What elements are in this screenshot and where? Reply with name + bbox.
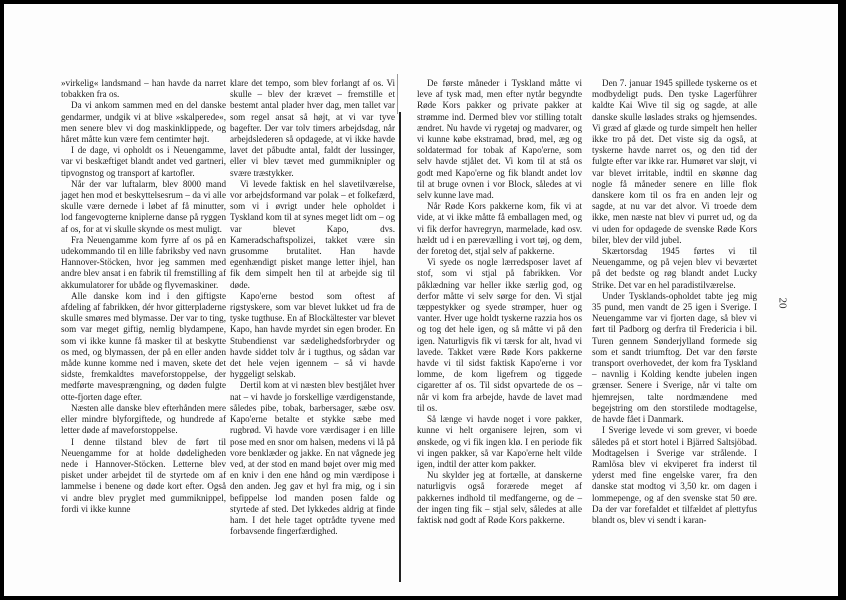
page-gutter-divider: [399, 112, 401, 582]
paragraph: klare det tempo, som blev forlangt af os…: [230, 78, 395, 179]
scanned-page: »virkelig« landsmand – han havde da narr…: [4, 4, 838, 596]
paragraph: Vi levede faktisk en hel slavetilværelse…: [230, 179, 395, 291]
paragraph: De første måneder i Tyskland måtte vi le…: [417, 78, 582, 201]
paragraph: I denne tilstand blev de ført til Neueng…: [61, 437, 226, 515]
paragraph: Alle danske kom ind i den giftigste afde…: [61, 291, 226, 403]
gutter-line-faint: [397, 74, 398, 114]
paragraph: Fra Neuengamme kom fyrre af os på en ude…: [61, 235, 226, 291]
paragraph: Vi syede os nogle lærredsposer lavet af …: [417, 257, 582, 414]
text-column-1: »virkelig« landsmand – han havde da narr…: [61, 78, 226, 515]
paragraph: Da vi ankom sammen med en del danske gen…: [61, 100, 226, 145]
paragraph: »virkelig« landsmand – han havde da narr…: [61, 78, 226, 100]
paragraph: Skærtorsdag 1945 førtes vi til Neuengamm…: [592, 246, 757, 291]
paragraph: Når Røde Kors pakkerne kom, fik vi at vi…: [417, 201, 582, 257]
paragraph: I Sverige levede vi som grever, vi boede…: [592, 425, 757, 526]
text-column-4: Den 7. januar 1945 spillede tyskerne os …: [592, 78, 757, 526]
paragraph: Næsten alle danske blev efterhånden mere…: [61, 403, 226, 437]
paragraph: Kapo'erne bestod som oftest af rigstyske…: [230, 291, 395, 381]
paragraph: Når der var luftalarm, blev 8000 mand ja…: [61, 179, 226, 235]
paragraph: Så længe vi havde noget i vore pakker, k…: [417, 414, 582, 470]
page-number: 20: [777, 298, 789, 309]
paragraph: Dertil kom at vi næsten blev bestjålet h…: [230, 380, 395, 537]
text-column-3: De første måneder i Tyskland måtte vi le…: [417, 78, 582, 526]
paragraph: Under Tysklands-opholdet tabte jeg mig 3…: [592, 291, 757, 425]
paragraph: Den 7. januar 1945 spillede tyskerne os …: [592, 78, 757, 246]
paragraph: Nu skylder jeg at fortælle, at danskerne…: [417, 470, 582, 526]
text-column-2: klare det tempo, som blev forlangt af os…: [230, 78, 395, 537]
paragraph: I de dage, vi opholdt os i Neuengamme, v…: [61, 145, 226, 179]
